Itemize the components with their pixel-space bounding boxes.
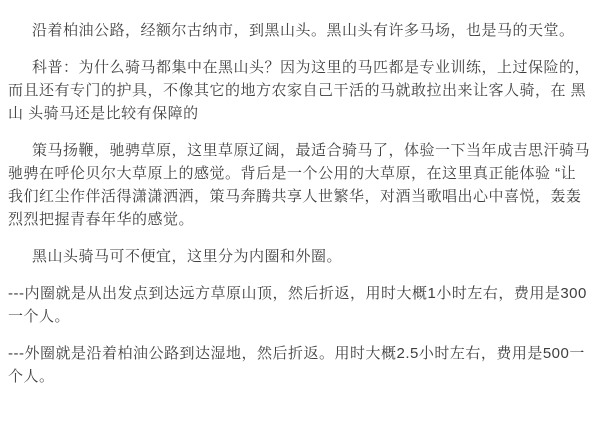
paragraph-outer-circle: ---外圈就是沿着柏油公路到达湿地，然后折返。用时大概2.5小时左右，费用是50… (8, 342, 591, 388)
paragraph-price-intro: 黑山头骑马可不便宜，这里分为内圈和外圈。 (8, 245, 591, 268)
paragraph-inner-circle: ---内圈就是从出发点到达远方草原山顶，然后折返，用时大概1小时左右，费用是30… (8, 282, 591, 328)
paragraph-grassland-riding-feeling: 策马扬鞭，驰骋草原，这里草原辽阔，最适合骑马了，体验一下当年成吉思汗骑马驰骋在呼… (8, 139, 591, 231)
paragraph-kepu-why-heishantou: 科普：为什么骑马都集中在黑山头？因为这里的马匹都是专业训练，上过保险的，而且还有… (8, 56, 591, 125)
paragraph-intro-route: 沿着柏油公路，经额尔古纳市，到黑山头。黑山头有许多马场，也是马的天堂。 (8, 19, 591, 42)
article-body: 沿着柏油公路，经额尔古纳市，到黑山头。黑山头有许多马场，也是马的天堂。 科普：为… (0, 0, 605, 424)
